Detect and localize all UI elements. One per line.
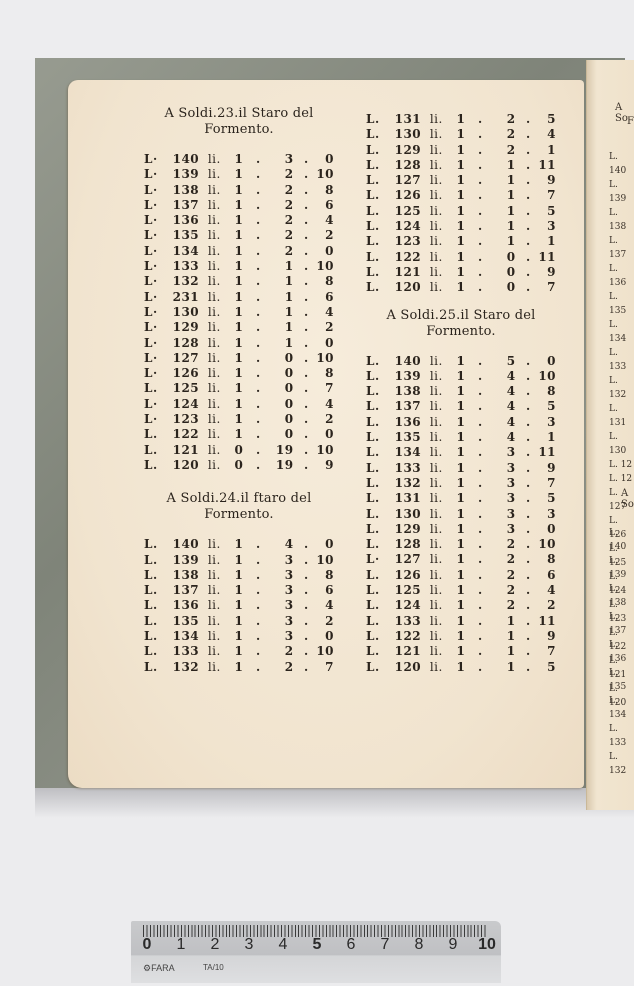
table-row: L·130li.1.1.4	[144, 305, 334, 320]
lire-value: 1	[457, 430, 476, 445]
lire-abbrev: li.	[430, 568, 457, 583]
row-label: L.	[366, 461, 395, 476]
lire-value: 1	[235, 366, 254, 381]
row-number: 127	[395, 173, 430, 188]
denari-value: 6	[311, 198, 334, 213]
row-number: 133	[173, 259, 208, 274]
row-label: L.	[366, 280, 395, 295]
row-label: L.	[366, 430, 395, 445]
row-label: L·	[144, 228, 173, 243]
lire-value: 1	[235, 290, 254, 305]
left-page: A Soldi.23.il Staro del Formento. L·140l…	[68, 80, 584, 788]
separator: .	[254, 660, 264, 675]
table-row: L.127li.1.1.9	[366, 173, 556, 188]
denari-value: 5	[533, 204, 556, 219]
table-row: L.135li.1.3.2	[144, 614, 334, 629]
separator: .	[302, 259, 312, 274]
lire-value: 1	[457, 143, 476, 158]
denari-value: 2	[311, 614, 334, 629]
table-row: L.121li.1.1.7	[366, 644, 556, 659]
separator: .	[524, 112, 534, 127]
denari-value: 0	[311, 629, 334, 644]
lire-abbrev: li.	[208, 259, 235, 274]
separator: .	[476, 280, 486, 295]
row-number: 128	[395, 537, 430, 552]
row-label: L·	[144, 259, 173, 274]
lire-value: 1	[235, 660, 254, 675]
row-number: 125	[395, 204, 430, 219]
soldi-value: 2	[263, 228, 301, 243]
table-row: L.140li.1.5.0	[366, 354, 556, 369]
row-number: 130	[395, 507, 430, 522]
heading-line-2: Formento.	[366, 324, 556, 340]
separator: .	[254, 583, 264, 598]
row-label: L·	[144, 336, 173, 351]
row-number: 121	[395, 265, 430, 280]
lire-value: 1	[235, 553, 254, 568]
lire-value: 1	[457, 219, 476, 234]
table-row: L.135li.1.4.1	[366, 430, 556, 445]
row-number: 122	[395, 629, 430, 644]
lire-abbrev: li.	[430, 430, 457, 445]
row-label: L.	[366, 354, 395, 369]
separator: .	[476, 491, 486, 506]
separator: .	[476, 112, 486, 127]
row-label: L.	[366, 384, 395, 399]
soldi-value: 2	[485, 568, 523, 583]
separator: .	[302, 443, 312, 458]
soldi-value: 1	[263, 336, 301, 351]
lire-abbrev: li.	[430, 143, 457, 158]
separator: .	[302, 553, 312, 568]
lire-value: 1	[457, 415, 476, 430]
row-number: 125	[395, 583, 430, 598]
separator: .	[476, 265, 486, 280]
row-number: 135	[173, 228, 208, 243]
lire-value: 1	[457, 598, 476, 613]
right-heading-top-2: F	[627, 116, 634, 127]
separator: .	[302, 213, 312, 228]
denari-value: 7	[533, 280, 556, 295]
separator: .	[476, 250, 486, 265]
row-number: 136	[173, 598, 208, 613]
row-number: 140	[173, 537, 208, 552]
partial-row: L. 136	[609, 638, 634, 666]
lire-abbrev: li.	[208, 458, 235, 473]
lire-value: 1	[457, 188, 476, 203]
lire-value: 0	[235, 458, 254, 473]
table-row: L.122li.1.1.9	[366, 629, 556, 644]
separator: .	[254, 228, 264, 243]
separator: .	[476, 629, 486, 644]
table-row: L.133li.1.1.11	[366, 614, 556, 629]
lire-abbrev: li.	[430, 445, 457, 460]
lire-abbrev: li.	[430, 537, 457, 552]
separator: .	[254, 274, 264, 289]
row-number: 138	[395, 384, 430, 399]
table-row: L.132li.1.2.7	[144, 660, 334, 675]
soldi-value: 1	[485, 204, 523, 219]
lire-abbrev: li.	[208, 568, 235, 583]
lire-value: 1	[235, 213, 254, 228]
soldi-value: 3	[263, 614, 301, 629]
separator: .	[524, 598, 534, 613]
table-row: L.129li.1.2.1	[366, 143, 556, 158]
denari-value: 10	[311, 443, 334, 458]
table-row: L.122li.1.0.0	[144, 427, 334, 442]
soldi-value: 0	[263, 381, 301, 396]
denari-value: 11	[533, 250, 556, 265]
row-label: L.	[144, 381, 173, 396]
lire-abbrev: li.	[430, 522, 457, 537]
row-number: 140	[395, 354, 430, 369]
denari-value: 10	[311, 553, 334, 568]
denari-value: 11	[533, 445, 556, 460]
soldi-value: 1	[485, 614, 523, 629]
lire-abbrev: li.	[208, 381, 235, 396]
partial-row: L. 133	[609, 722, 634, 750]
lire-value: 1	[235, 336, 254, 351]
row-number: 132	[173, 660, 208, 675]
row-number: 137	[395, 399, 430, 414]
row-label: L.	[366, 204, 395, 219]
row-label: L.	[366, 537, 395, 552]
soldi-value: 2	[263, 213, 301, 228]
row-label: L.	[366, 644, 395, 659]
row-label: L.	[366, 583, 395, 598]
separator: .	[524, 644, 534, 659]
denari-value: 9	[533, 265, 556, 280]
denari-value: 0	[533, 522, 556, 537]
lire-value: 1	[235, 381, 254, 396]
separator: .	[524, 399, 534, 414]
separator: .	[302, 320, 312, 335]
row-label: L·	[144, 290, 173, 305]
row-number: 133	[395, 614, 430, 629]
lire-value: 1	[235, 320, 254, 335]
denari-value: 7	[311, 381, 334, 396]
background-top	[0, 0, 634, 60]
lire-abbrev: li.	[430, 234, 457, 249]
soldi-value: 2	[263, 660, 301, 675]
row-label: L.	[366, 598, 395, 613]
row-label: L·	[144, 152, 173, 167]
separator: .	[476, 384, 486, 399]
soldi-value: 2	[485, 598, 523, 613]
separator: .	[254, 244, 264, 259]
lire-abbrev: li.	[208, 351, 235, 366]
lire-abbrev: li.	[430, 629, 457, 644]
lire-abbrev: li.	[208, 183, 235, 198]
denari-value: 8	[533, 552, 556, 567]
denari-value: 4	[311, 598, 334, 613]
soldi-value: 4	[485, 399, 523, 414]
lire-value: 1	[235, 351, 254, 366]
soldi-value: 3	[485, 461, 523, 476]
table-row: L.139li.1.4.10	[366, 369, 556, 384]
separator: .	[302, 366, 312, 381]
lire-value: 1	[457, 614, 476, 629]
denari-value: 8	[311, 274, 334, 289]
separator: .	[302, 351, 312, 366]
soldi-value: 2	[263, 244, 301, 259]
denari-value: 0	[311, 336, 334, 351]
denari-value: 1	[533, 430, 556, 445]
separator: .	[302, 381, 312, 396]
ruler-numbers: 012345678910	[137, 936, 497, 954]
row-label: L.	[144, 427, 173, 442]
denari-value: 10	[311, 351, 334, 366]
denari-value: 10	[311, 259, 334, 274]
separator: .	[524, 507, 534, 522]
separator: .	[254, 366, 264, 381]
separator: .	[476, 158, 486, 173]
row-number: 139	[173, 167, 208, 182]
denari-value: 4	[533, 583, 556, 598]
row-label: L.	[366, 234, 395, 249]
lire-value: 1	[235, 397, 254, 412]
partial-row: L. 134	[609, 318, 634, 346]
soldi-value: 2	[485, 583, 523, 598]
row-label: L.	[366, 445, 395, 460]
soldi-value: 0	[263, 397, 301, 412]
separator: .	[524, 369, 534, 384]
denari-value: 3	[533, 415, 556, 430]
heading-line-1: A Soldi.25.il Staro del	[366, 308, 556, 324]
right-rows-bottom: L. 140L. 139L. 138L. 137L. 136L. 135L. 1…	[609, 526, 634, 778]
row-label: L.	[366, 265, 395, 280]
table-row: L·129li.1.1.2	[144, 320, 334, 335]
soldi-value: 2	[263, 167, 301, 182]
ruler-number: 3	[239, 936, 259, 954]
row-label: L.	[366, 399, 395, 414]
row-number: 126	[395, 188, 430, 203]
soldi-value: 3	[485, 507, 523, 522]
measurement-ruler: 012345678910 ⚙FARA TA/10	[131, 921, 501, 983]
separator: .	[254, 320, 264, 335]
separator: .	[476, 568, 486, 583]
soldi-value: 19	[263, 443, 301, 458]
soldi-value: 1	[263, 305, 301, 320]
separator: .	[524, 537, 534, 552]
soldi-value: 0	[485, 280, 523, 295]
separator: .	[476, 660, 486, 675]
partial-row: L. 139	[609, 178, 634, 206]
table-row: L.124li.1.1.3	[366, 219, 556, 234]
lire-value: 1	[457, 112, 476, 127]
separator: .	[476, 522, 486, 537]
denari-value: 4	[311, 397, 334, 412]
lire-value: 1	[457, 369, 476, 384]
soldi-value: 1	[263, 259, 301, 274]
denari-value: 10	[311, 167, 334, 182]
table-row: L.137li.1.4.5	[366, 399, 556, 414]
separator: .	[254, 351, 264, 366]
lire-value: 1	[235, 583, 254, 598]
table-heading-soldi-23: A Soldi.23.il Staro del Formento.	[144, 106, 334, 138]
separator: .	[476, 143, 486, 158]
table-row: L·128li.1.1.0	[144, 336, 334, 351]
table-row: L.128li.1.2.10	[366, 537, 556, 552]
lire-value: 1	[235, 228, 254, 243]
soldi-value: 1	[485, 629, 523, 644]
lire-value: 1	[457, 522, 476, 537]
separator: .	[476, 399, 486, 414]
lire-abbrev: li.	[430, 507, 457, 522]
row-label: L.	[366, 188, 395, 203]
row-number: 124	[395, 598, 430, 613]
left-column: A Soldi.23.il Staro del Formento. L·140l…	[144, 106, 334, 675]
partial-row: L. 133	[609, 346, 634, 374]
row-label: L.	[366, 568, 395, 583]
lire-abbrev: li.	[208, 629, 235, 644]
table-row: L·139li.1.2.10	[144, 167, 334, 182]
separator: .	[254, 644, 264, 659]
lire-abbrev: li.	[430, 491, 457, 506]
row-number: 123	[173, 412, 208, 427]
lire-abbrev: li.	[208, 660, 235, 675]
separator: .	[476, 430, 486, 445]
separator: .	[254, 553, 264, 568]
separator: .	[302, 412, 312, 427]
separator: .	[254, 259, 264, 274]
heading-line-1: A Soldi.23.il Staro del	[144, 106, 334, 122]
row-label: L.	[366, 660, 395, 675]
soldi-value: 1	[485, 234, 523, 249]
table-row: L·133li.1.1.10	[144, 259, 334, 274]
row-number: 121	[173, 443, 208, 458]
denari-value: 0	[311, 244, 334, 259]
row-label: L·	[144, 183, 173, 198]
separator: .	[476, 415, 486, 430]
separator: .	[302, 244, 312, 259]
row-number: 122	[173, 427, 208, 442]
lire-value: 1	[235, 259, 254, 274]
separator: .	[302, 183, 312, 198]
soldi-value: 0	[485, 265, 523, 280]
separator: .	[254, 198, 264, 213]
table-row: L·140li.1.3.0	[144, 152, 334, 167]
soldi-value: 3	[263, 629, 301, 644]
right-heading-bottom: A So	[621, 488, 634, 510]
row-label: L.	[366, 219, 395, 234]
lire-abbrev: li.	[430, 173, 457, 188]
row-label: L.	[144, 537, 173, 552]
denari-value: 9	[533, 461, 556, 476]
table-row: L.134li.1.3.11	[366, 445, 556, 460]
lire-value: 1	[457, 629, 476, 644]
soldi-value: 2	[485, 143, 523, 158]
lire-value: 1	[457, 568, 476, 583]
row-label: L.	[144, 614, 173, 629]
lire-abbrev: li.	[208, 427, 235, 442]
soldi-value: 3	[485, 476, 523, 491]
denari-value: 0	[533, 354, 556, 369]
separator: .	[476, 127, 486, 142]
lire-abbrev: li.	[208, 152, 235, 167]
lire-value: 1	[235, 274, 254, 289]
table-row: L.138li.1.4.8	[366, 384, 556, 399]
partial-row: L. 135	[609, 290, 634, 318]
ruler-number: 4	[273, 936, 293, 954]
lire-value: 1	[457, 583, 476, 598]
heading-line-1: A Soldi.24.il ftaro del	[144, 491, 334, 507]
row-label: L·	[144, 412, 173, 427]
table-row: L.126li.1.1.7	[366, 188, 556, 203]
ruler-number: 7	[375, 936, 395, 954]
row-number: 124	[395, 219, 430, 234]
separator: .	[524, 250, 534, 265]
partial-row: L. 135	[609, 666, 634, 694]
table-row: L·127li.1.2.8	[366, 552, 556, 567]
lire-value: 1	[457, 461, 476, 476]
separator: .	[254, 213, 264, 228]
soldi-value: 3	[485, 522, 523, 537]
soldi-value: 3	[485, 491, 523, 506]
row-number: 132	[173, 274, 208, 289]
separator: .	[476, 644, 486, 659]
lire-abbrev: li.	[208, 290, 235, 305]
partial-row: L. 138	[609, 582, 634, 610]
separator: .	[524, 491, 534, 506]
lire-abbrev: li.	[430, 158, 457, 173]
row-label: L.	[366, 491, 395, 506]
lire-value: 1	[457, 280, 476, 295]
partial-row: L. 136	[609, 262, 634, 290]
soldi-value: 0	[263, 412, 301, 427]
row-number: 129	[173, 320, 208, 335]
row-label: L.	[144, 644, 173, 659]
separator: .	[476, 369, 486, 384]
lire-abbrev: li.	[430, 614, 457, 629]
soldi-value: 1	[485, 158, 523, 173]
row-number: 127	[173, 351, 208, 366]
row-label: L.	[366, 522, 395, 537]
table-row: L·124li.1.0.4	[144, 397, 334, 412]
separator: .	[524, 158, 534, 173]
separator: .	[476, 507, 486, 522]
separator: .	[524, 614, 534, 629]
table-row: L.139li.1.3.10	[144, 553, 334, 568]
row-number: 133	[395, 461, 430, 476]
lire-value: 1	[235, 644, 254, 659]
lire-abbrev: li.	[208, 614, 235, 629]
ruler-number: 10	[477, 936, 497, 954]
lire-abbrev: li.	[430, 552, 457, 567]
row-number: 134	[173, 629, 208, 644]
separator: .	[302, 537, 312, 552]
partial-row: L. 140	[609, 526, 634, 554]
row-number: 136	[173, 213, 208, 228]
separator: .	[524, 629, 534, 644]
denari-value: 8	[311, 183, 334, 198]
table-row: L·231li.1.1.6	[144, 290, 334, 305]
denari-value: 2	[311, 320, 334, 335]
lire-abbrev: li.	[430, 644, 457, 659]
table-row: L·136li.1.2.4	[144, 213, 334, 228]
ruler-number: 8	[409, 936, 429, 954]
row-label: L·	[144, 274, 173, 289]
soldi-value: 1	[263, 320, 301, 335]
lire-abbrev: li.	[430, 354, 457, 369]
separator: .	[302, 629, 312, 644]
table-row: L.137li.1.3.6	[144, 583, 334, 598]
lire-value: 1	[235, 167, 254, 182]
denari-value: 5	[533, 660, 556, 675]
lire-abbrev: li.	[208, 274, 235, 289]
lire-value: 1	[235, 183, 254, 198]
table-row: L.140li.1.4.0	[144, 537, 334, 552]
